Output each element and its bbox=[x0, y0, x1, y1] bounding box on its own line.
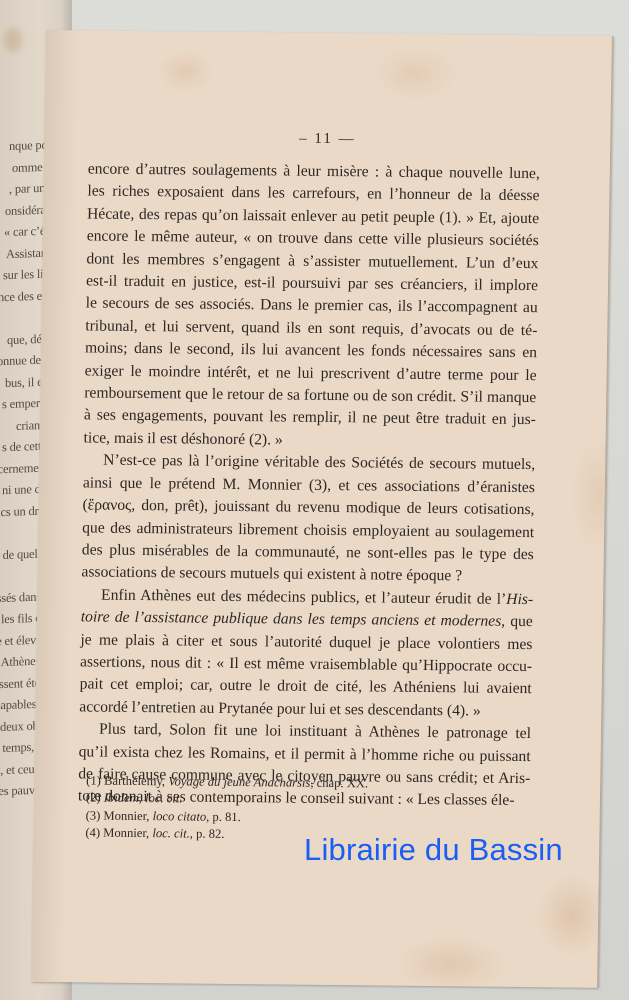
paragraph-2: N’est-ce pas là l’origine véritable des … bbox=[81, 450, 535, 589]
paragraph-3: Enfin Athènes eut des médecins publics, … bbox=[79, 584, 533, 723]
body-text: encore d’autres soulagements à leur misè… bbox=[78, 130, 541, 812]
paragraph-1: encore d’autres soulagements à leur misè… bbox=[83, 158, 540, 454]
paper-stain bbox=[4, 28, 22, 52]
watermark-logo-text: Librairie du Bassin bbox=[304, 832, 563, 868]
